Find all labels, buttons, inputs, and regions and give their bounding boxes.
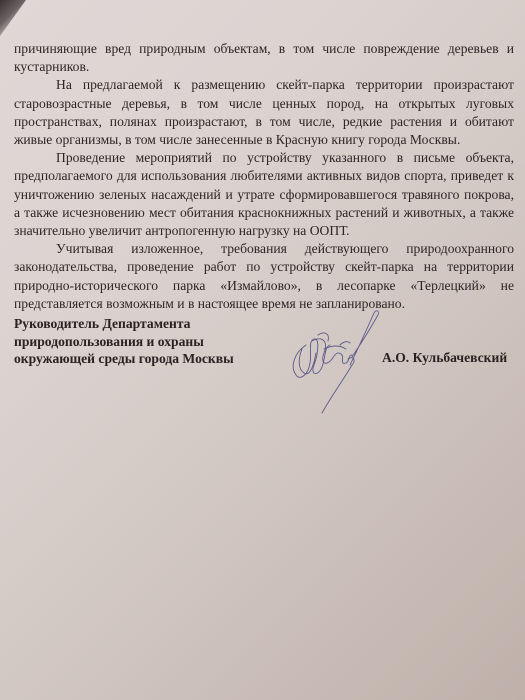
- signer-name: А.О. Кульбачевский: [382, 350, 507, 366]
- paragraph-consequences: Проведение мероприятий по устройству ука…: [14, 149, 514, 240]
- signature-block: Руководитель Департамента природопользов…: [14, 315, 514, 425]
- paragraph-conclusion: Учитывая изложенное, требования действую…: [14, 240, 514, 313]
- paragraph-damage-continuation: причиняющие вред природным объектам, в т…: [14, 40, 514, 76]
- paragraph-territory-description: На предлагаемой к размещению скейт-парка…: [14, 76, 514, 149]
- handwritten-signature-icon: [284, 305, 394, 415]
- position-line: Руководитель Департамента: [14, 315, 234, 333]
- page-corner-shadow: [0, 0, 26, 36]
- signer-position: Руководитель Департамента природопользов…: [14, 315, 234, 368]
- position-line: природопользования и охраны: [14, 333, 234, 351]
- letter-body: причиняющие вред природным объектам, в т…: [14, 40, 514, 313]
- position-line: окружающей среды города Москвы: [14, 350, 234, 368]
